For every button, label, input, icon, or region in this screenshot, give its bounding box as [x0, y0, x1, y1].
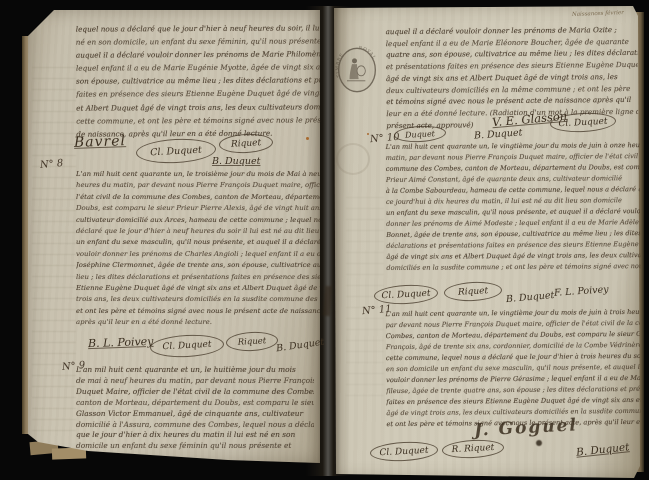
act-8-text: L'an mil huit cent quarante un, le trois… — [76, 169, 320, 329]
revenue-stamp: TIMBRE ROYAL — [332, 42, 382, 98]
manuscript-line: né en son domicile, un enfant du sexe fé… — [76, 34, 320, 48]
manuscript-line: Joséphine Clermonnet, âgée de trente ans… — [76, 260, 320, 271]
manuscript-line: Glasson Victor Emmanuel, âgé de cinquant… — [76, 409, 314, 420]
stamp-bleedthrough — [336, 143, 370, 175]
manuscript-line: domicile un enfant du sexe féminin qu'il… — [76, 441, 314, 452]
manuscript-line: heures du matin, par devant nous Pierre … — [76, 180, 320, 191]
signature-cl-duquet: Cl. Duquet — [381, 288, 430, 301]
manuscript-line: faites en présence des sieurs Etienne Eu… — [76, 87, 320, 101]
signature-bavrel: Bavrel — [74, 133, 127, 151]
signature-riquet: Riquet — [231, 138, 262, 150]
manuscript-line: de mai à neuf heures du matin, par devan… — [76, 376, 314, 387]
foxing-spot — [367, 133, 369, 135]
act-11-text: L'an mil huit cent quarante un, le vingt… — [385, 307, 640, 430]
act-7-closing-text: lequel nous a déclaré que le jour d'hier… — [76, 21, 321, 140]
signature-riquet: Riquet — [458, 286, 489, 298]
signature-cl-duquet: Cl. Duquet — [558, 116, 607, 129]
signature-poivey: B. L. Poivey — [88, 335, 154, 350]
manuscript-line: après qu'il leur en a été donné lecture. — [76, 317, 320, 328]
foxing-spot — [306, 137, 309, 140]
manuscript-line: Doubs, est comparu le sieur Prieur Pierr… — [76, 203, 320, 214]
manuscript-line: un enfant du sexe masculin, qu'il nous p… — [76, 237, 320, 248]
signature-r-riquet: R. Riquet — [451, 443, 494, 455]
entry-number-8: N° 8 — [40, 158, 64, 171]
signature-duquet: Duquet — [405, 129, 435, 140]
manuscript-line: canton de Morteau, département du Doubs,… — [76, 398, 314, 409]
manuscript-line: que le jour d'hier à dix heures du matin… — [76, 430, 314, 441]
ink-smudge — [323, 286, 332, 316]
manuscript-line: Duquet Maire, officier de l'état civil d… — [76, 387, 314, 398]
signature-cl-duquet: Cl. Duquet — [150, 144, 202, 158]
manuscript-line: domicilié à l'Assura, commune des Combes… — [76, 420, 314, 431]
manuscript-line: cette commune, et ont les père et témoin… — [76, 113, 320, 127]
manuscript-line: et ont les père et témoins signé avec no… — [76, 306, 320, 317]
manuscript-line: son épouse, cultivatrice au même lieu ; … — [76, 74, 320, 88]
act-9-text: L'an mil huit cent quarante et un, le hu… — [76, 365, 314, 452]
manuscript-line: lequel enfant il a eu de Marie Eugénie M… — [76, 61, 320, 75]
manuscript-line: et Albert Duquet âgé de vingt trois ans,… — [76, 100, 320, 114]
scanned-register-spread: Naissances février TIMBRE ROYAL N° 8 N° … — [0, 0, 649, 480]
manuscript-line: auquel il a déclaré vouloir donner les p… — [76, 48, 320, 62]
manuscript-line: L'an mil huit cent quarante un, le trois… — [76, 169, 320, 180]
manuscript-line: domiciliés en la susdite commune ; et on… — [386, 261, 640, 274]
manuscript-line: lequel nous a déclaré que le jour d'hier… — [76, 21, 320, 35]
signature-b-duquet: B. Duquet — [212, 156, 260, 167]
manuscript-line: l'état civil de la commune des Combes, c… — [76, 192, 320, 203]
manuscript-line: L'an mil huit cent quarante et un, le hu… — [76, 365, 314, 376]
manuscript-line: vouloir donner les prénoms de Charles An… — [76, 249, 320, 260]
signature-cl-duquet: Cl. Duquet — [162, 340, 211, 353]
manuscript-line: Etienne Eugène Duquet âgé de vingt six a… — [76, 283, 320, 294]
manuscript-line: lieu ; les dites déclarations et présent… — [76, 272, 320, 283]
signature-riquet: Riquet — [238, 336, 267, 347]
ink-blot — [536, 440, 542, 446]
manuscript-line: trois ans, les deux cultivateurs domicil… — [76, 294, 320, 305]
manuscript-line: déclaré que le jour d'hier à neuf heures… — [76, 226, 320, 237]
act-10-text: L'an mil huit cent quarante un, le vingt… — [386, 140, 641, 274]
signature-cl-duquet: Cl. Duquet — [379, 445, 428, 458]
manuscript-line: cultivateur domicilié aux Arces, hameau … — [76, 215, 320, 226]
